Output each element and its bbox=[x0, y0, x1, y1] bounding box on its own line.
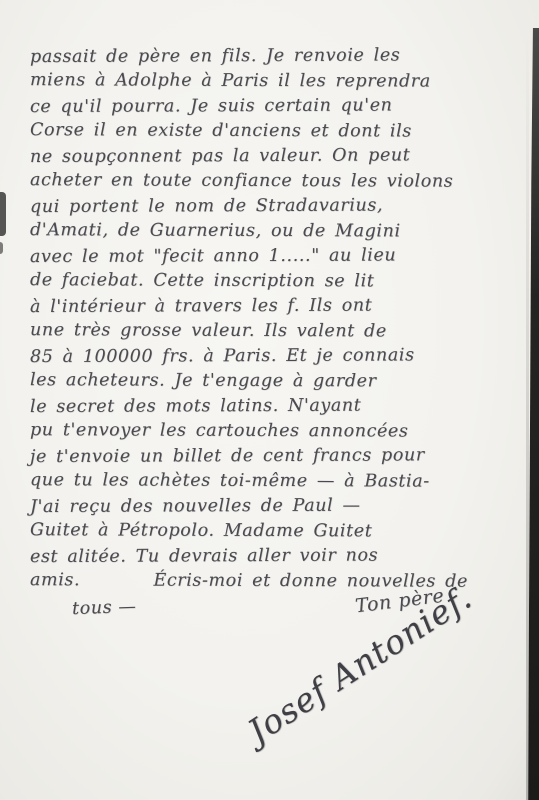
letter-body: passait de père en fils. Je renvoie les … bbox=[30, 44, 516, 594]
letter-line: je t'envoie un billet de cent francs pou… bbox=[30, 443, 516, 470]
left-edge-smudge-small bbox=[0, 242, 3, 254]
letter-line: miens à Adolphe à Paris il les reprendra bbox=[30, 68, 516, 95]
letter-line: acheter en toute confiance tous les viol… bbox=[30, 168, 516, 195]
letter-line: que tu les achètes toi-même — à Bastia- bbox=[30, 468, 516, 495]
letter-line: qui portent le nom de Stradavarius, bbox=[30, 193, 516, 220]
letter-line: ce qu'il pourra. Je suis certain qu'en bbox=[30, 93, 516, 120]
book-edge-shadow bbox=[528, 28, 539, 800]
letter-line: ne soupçonnent pas la valeur. On peut bbox=[30, 143, 516, 170]
letter-line: une très grosse valeur. Ils valent de bbox=[30, 318, 516, 345]
letter-line: Guitet à Pétropolo. Madame Guitet bbox=[30, 518, 516, 545]
closing-word: tous — bbox=[72, 597, 137, 619]
letter-line: les acheteurs. Je t'engage à garder bbox=[30, 368, 516, 395]
letter-line: Corse il en existe d'anciens et dont ils bbox=[30, 118, 516, 145]
letter-line: de faciebat. Cette inscription se lit bbox=[30, 268, 516, 295]
letter-line: 85 à 100000 frs. à Paris. Et je connais bbox=[30, 343, 516, 370]
left-edge-smudge bbox=[0, 192, 6, 236]
letter-line: avec le mot "fecit anno 1....." au lieu bbox=[30, 243, 516, 270]
letter-line: d'Amati, de Guarnerius, ou de Magini bbox=[30, 218, 516, 245]
letter-line: J'ai reçu des nouvelles de Paul — bbox=[30, 493, 516, 520]
letter-line: passait de père en fils. Je renvoie les bbox=[30, 43, 516, 70]
letter-line: est alitée. Tu devrais aller voir nos bbox=[30, 543, 516, 570]
letter-line: à l'intérieur à travers les f. Ils ont bbox=[30, 293, 516, 320]
letter-line: le secret des mots latins. N'ayant bbox=[30, 393, 516, 420]
book-edge-highlight bbox=[526, 28, 529, 800]
scanned-letter-page: passait de père en fils. Je renvoie les … bbox=[0, 0, 539, 800]
letter-line: pu t'envoyer les cartouches annoncées bbox=[30, 418, 516, 445]
